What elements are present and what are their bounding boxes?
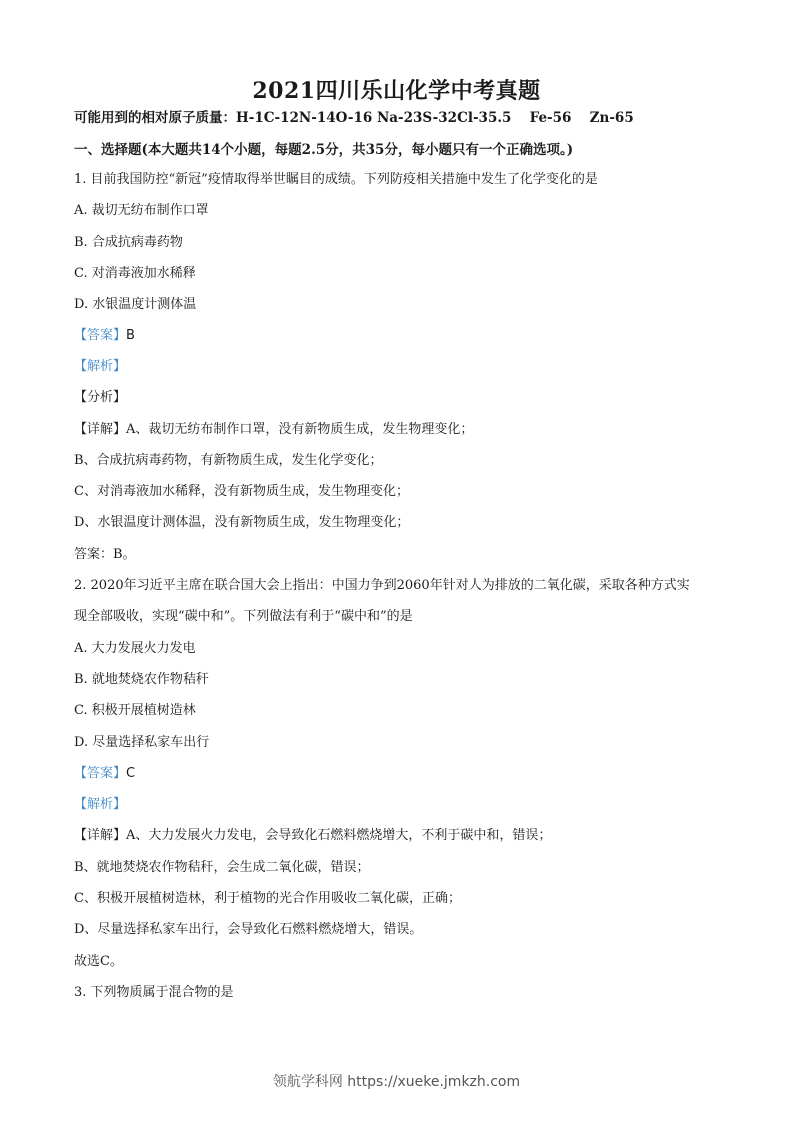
answer-value: C bbox=[126, 766, 135, 781]
question-2-answer: 【答案】C bbox=[74, 765, 135, 783]
question-2-option-c: C. 积极开展植树造林 bbox=[74, 702, 196, 720]
question-1-analysis-label: 【解析】 bbox=[74, 358, 126, 376]
question-2-stem-line1: 2. 2020年习近平主席在联合国大会上指出：中国力争到2060年针对人为排放的… bbox=[74, 577, 690, 595]
question-1-fenxi-label: 【分析】 bbox=[74, 389, 126, 407]
footer-watermark: 领航学科网 https://xueke.jmkzh.com bbox=[0, 1071, 793, 1091]
answer-label: 【答案】 bbox=[74, 766, 126, 781]
question-1-option-b: B. 合成抗病毒药物 bbox=[74, 234, 183, 252]
question-1-detail-a: 【详解】A、裁切无纺布制作口罩，没有新物质生成，发生物理变化； bbox=[74, 421, 473, 439]
question-1-option-c: C. 对消毒液加水稀释 bbox=[74, 265, 196, 283]
question-2-detail-c: C、积极开展植树造林，利于植物的光合作用吸收二氧化碳，正确； bbox=[74, 890, 461, 908]
question-2-conclusion: 故选C。 bbox=[74, 953, 123, 971]
question-1-answer: 【答案】B bbox=[74, 327, 135, 345]
question-1-detail-c: C、对消毒液加水稀释，没有新物质生成，发生物理变化； bbox=[74, 483, 409, 501]
question-2-option-a: A. 大力发展火力发电 bbox=[74, 640, 196, 658]
detail-text: A、裁切无纺布制作口罩，没有新物质生成，发生物理变化； bbox=[126, 422, 473, 437]
question-1-detail-d: D、水银温度计测体温，没有新物质生成，发生物理变化； bbox=[74, 514, 409, 532]
document-page: 2021四川乐山化学中考真题 可能用到的相对原子质量：H-1C-12N-14O-… bbox=[0, 0, 793, 1122]
answer-value: B bbox=[126, 328, 135, 343]
answer-label: 【答案】 bbox=[74, 328, 126, 343]
question-2-option-d: D. 尽量选择私家车出行 bbox=[74, 734, 209, 752]
detail-label: 【详解】 bbox=[74, 828, 126, 843]
question-2-detail-b: B、就地焚烧农作物秸秆，会生成二氧化碳，错误； bbox=[74, 859, 370, 877]
question-2-option-b: B. 就地焚烧农作物秸秆 bbox=[74, 671, 209, 689]
detail-text: A、大力发展火力发电，会导致化石燃料燃烧增大，不利于碳中和，错误； bbox=[126, 828, 551, 843]
question-2-analysis-label: 【解析】 bbox=[74, 796, 126, 814]
question-1-option-a: A. 裁切无纺布制作口罩 bbox=[74, 202, 209, 220]
question-2-detail-a: 【详解】A、大力发展火力发电，会导致化石燃料燃烧增大，不利于碳中和，错误； bbox=[74, 827, 551, 845]
section-heading: 一、选择题(本大题共14个小题，每题2.5分，共35分，每小题只有一个正确选项。… bbox=[74, 141, 573, 159]
question-1-conclusion: 答案：B。 bbox=[74, 546, 136, 564]
question-2-detail-d: D、尽量选择私家车出行，会导致化石燃料燃烧增大，错误。 bbox=[74, 921, 422, 939]
atomic-mass-line: 可能用到的相对原子质量：H-1C-12N-14O-16 Na-23S-32Cl-… bbox=[74, 109, 634, 127]
question-1-stem: 1. 目前我国防控“新冠”疫情取得举世瞩目的成绩。下列防疫相关措施中发生了化学变… bbox=[74, 171, 598, 189]
detail-label: 【详解】 bbox=[74, 422, 126, 437]
page-title: 2021四川乐山化学中考真题 bbox=[0, 74, 793, 105]
question-1-detail-b: B、合成抗病毒药物，有新物质生成，发生化学变化； bbox=[74, 452, 383, 470]
question-3-stem: 3. 下列物质属于混合物的是 bbox=[74, 984, 234, 1002]
question-1-option-d: D. 水银温度计测体温 bbox=[74, 296, 196, 314]
question-2-stem-line2: 现全部吸收，实现“碳中和”。下列做法有利于“碳中和”的是 bbox=[74, 608, 413, 626]
